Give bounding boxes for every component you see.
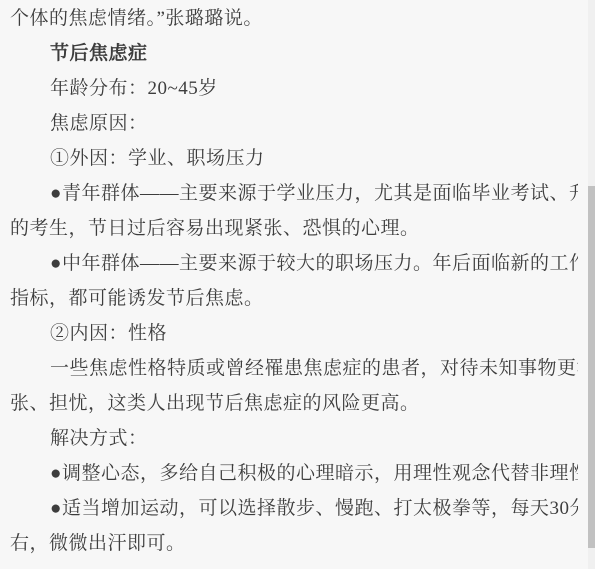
text-line: 年龄分布：20~45岁	[10, 71, 578, 106]
text-line: 的考生，节日过后容易出现紧张、恐惧的心理。	[10, 211, 578, 246]
list-item: ●中年群体——主要来源于较大的职场压力。年后面临新的工作任务、	[10, 246, 578, 281]
list-item: ①外因：学业、职场压力	[10, 141, 578, 176]
list-item: ②内因：性格	[10, 316, 578, 351]
list-item: ●适当增加运动，可以选择散步、慢跑、打太极拳等，每天30分钟左	[10, 491, 578, 526]
text-line: 一些焦虑性格特质或曾经罹患焦虑症的患者，对待未知事物更容易紧	[10, 351, 578, 386]
list-item: ●调整心态，多给自己积极的心理暗示，用理性观念代替非理性观念。	[10, 456, 578, 491]
text-line: 右，微微出汗即可。	[10, 526, 578, 561]
section-heading: 节后焦虑症	[10, 36, 578, 71]
text-line: 个体的焦虑情绪。”张璐璐说。	[10, 1, 578, 36]
text-line: 张、担忧，这类人出现节后焦虑症的风险更高。	[10, 386, 578, 421]
list-item: ●青年群体——主要来源于学业压力，尤其是面临毕业考试、升学压力	[10, 176, 578, 211]
scrollbar-thumb[interactable]	[588, 186, 595, 548]
text-line: 指标，都可能诱发节后焦虑。	[10, 281, 578, 316]
article-body: 个体的焦虑情绪。”张璐璐说。 节后焦虑症 年龄分布：20~45岁 焦虑原因： ①…	[10, 1, 578, 561]
text-line: 焦虑原因：	[10, 106, 578, 141]
article-page: 个体的焦虑情绪。”张璐璐说。 节后焦虑症 年龄分布：20~45岁 焦虑原因： ①…	[0, 0, 595, 569]
text-line: 解决方式：	[10, 421, 578, 456]
